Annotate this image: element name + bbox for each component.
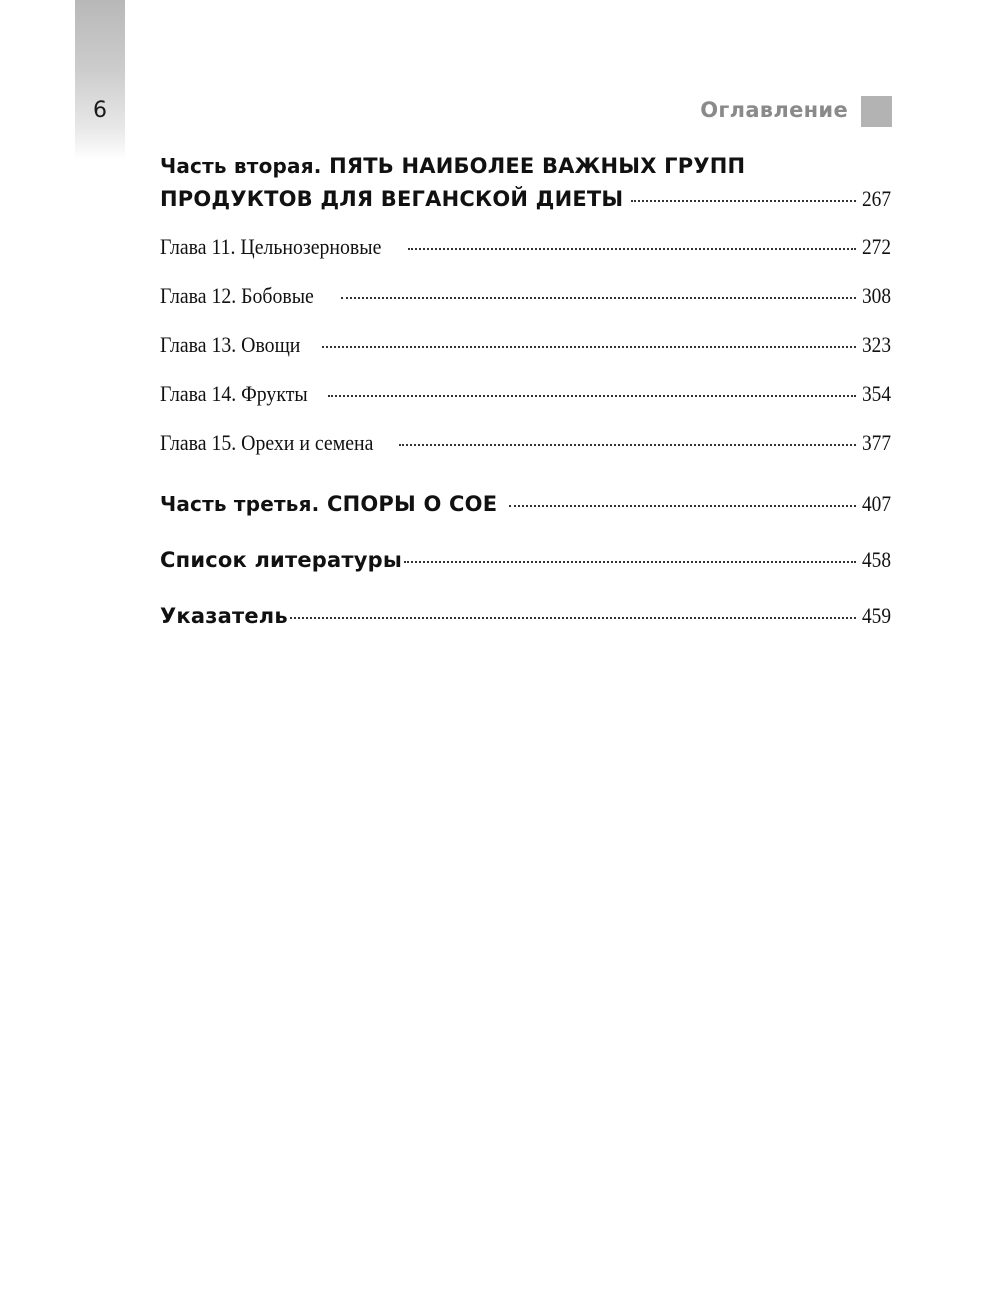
bibliography-title: Список литературы xyxy=(160,548,402,572)
page-edge-tab xyxy=(75,0,125,160)
toc-entry-part-three[interactable]: Часть третья. СПОРЫ О СОЕ 407 xyxy=(160,491,891,547)
dot-leader xyxy=(399,428,856,446)
dot-leader xyxy=(328,379,856,397)
dot-leader xyxy=(322,330,856,348)
toc-entry-chapter-12[interactable]: Глава 12. Бобовые 308 xyxy=(160,283,891,332)
toc-entry-chapter-14[interactable]: Глава 14. Фрукты 354 xyxy=(160,381,891,430)
dot-leader xyxy=(408,232,856,250)
chapter-title: Глава 11. Цельнозерновые xyxy=(160,234,381,260)
part-three-title: Часть третья. СПОРЫ О СОЕ xyxy=(160,492,497,516)
page-ref: 354 xyxy=(862,381,891,407)
part-two-title-line1: Часть вторая. ПЯТЬ НАИБОЛЕЕ ВАЖНЫХ ГРУПП xyxy=(160,154,891,186)
part-two-title-line2: ПРОДУКТОВ ДЛЯ ВЕГАНСКОЙ ДИЕТЫ 267 xyxy=(160,186,891,212)
chapter-title: Глава 13. Овощи xyxy=(160,332,300,358)
part-two-lead: Часть вторая. xyxy=(160,154,322,178)
toc-entry-chapter-11[interactable]: Глава 11. Цельнозерновые 272 xyxy=(160,234,891,283)
page-ref: 308 xyxy=(862,283,891,309)
page-ref: 323 xyxy=(862,332,891,358)
page-ref: 458 xyxy=(862,547,891,573)
chapter-title: Глава 15. Орехи и семена xyxy=(160,430,373,456)
page-ref: 407 xyxy=(862,491,891,517)
toc-entry-chapter-13[interactable]: Глава 13. Овощи 323 xyxy=(160,332,891,381)
page-ref: 377 xyxy=(862,430,891,456)
part-three-lead: Часть третья. xyxy=(160,492,319,516)
dot-leader xyxy=(509,489,856,507)
part-three-title-text: СПОРЫ О СОЕ xyxy=(327,492,497,516)
page-ref: 459 xyxy=(862,603,891,629)
toc-entry-index[interactable]: Указатель 459 xyxy=(160,603,891,659)
dot-leader xyxy=(341,281,856,299)
page-number: 6 xyxy=(75,98,125,123)
dot-leader xyxy=(404,545,856,563)
dot-leader xyxy=(290,601,856,619)
chapter-title: Глава 12. Бобовые xyxy=(160,283,314,309)
table-of-contents: Часть вторая. ПЯТЬ НАИБОЛЕЕ ВАЖНЫХ ГРУПП… xyxy=(160,150,891,659)
chapter-title: Глава 14. Фрукты xyxy=(160,381,308,407)
toc-entry-part-two[interactable]: Часть вторая. ПЯТЬ НАИБОЛЕЕ ВАЖНЫХ ГРУПП… xyxy=(160,154,891,212)
index-title: Указатель xyxy=(160,604,288,628)
toc-entry-chapter-15[interactable]: Глава 15. Орехи и семена 377 xyxy=(160,430,891,479)
part-two-title-line1-text: ПЯТЬ НАИБОЛЕЕ ВАЖНЫХ ГРУПП xyxy=(329,154,745,178)
page-ref: 267 xyxy=(862,186,891,212)
running-head-square-marker xyxy=(861,96,892,127)
running-head: Оглавление xyxy=(700,98,848,122)
page-ref: 272 xyxy=(862,234,891,260)
dot-leader xyxy=(631,184,856,202)
part-two-title-line2-text: ПРОДУКТОВ ДЛЯ ВЕГАНСКОЙ ДИЕТЫ xyxy=(160,187,623,211)
toc-entry-bibliography[interactable]: Список литературы 458 xyxy=(160,547,891,603)
